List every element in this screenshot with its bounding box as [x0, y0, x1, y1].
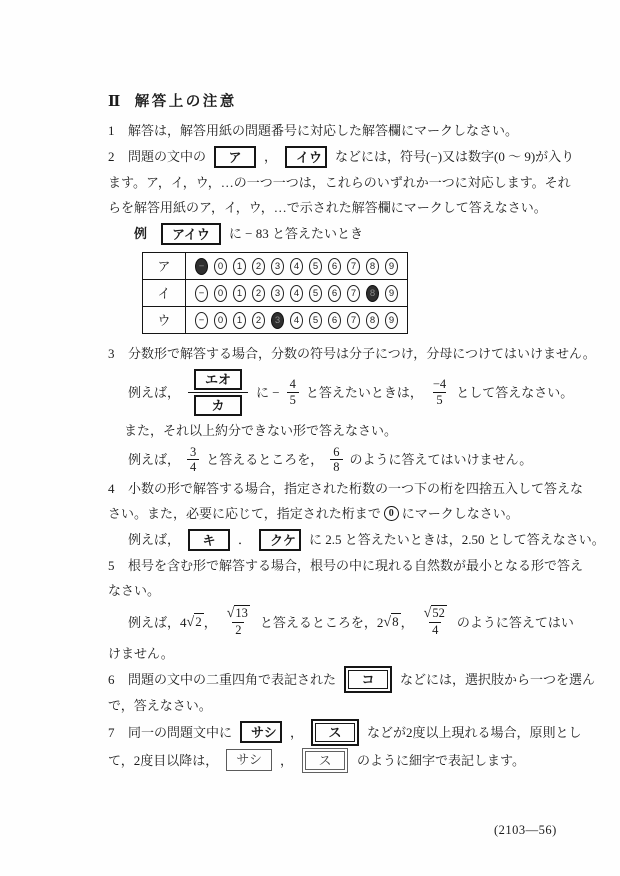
- item-3-number: 3: [108, 341, 128, 366]
- mark-bubble: 2: [252, 258, 265, 275]
- section-title-text: 解答上の注意: [135, 90, 237, 115]
- decimal-point: ．: [238, 527, 251, 552]
- radicand: 52: [431, 605, 447, 620]
- mark-bubble: 4: [290, 285, 303, 302]
- mark-table-row: ウ−0123456789: [143, 306, 407, 333]
- mark-bubble: 5: [309, 285, 322, 302]
- item-7-line-2-pre: て，2度目以降は，: [108, 748, 218, 773]
- radical-sign: √: [383, 615, 391, 630]
- fraction-6-8: 6 8: [330, 445, 342, 475]
- mark-bubble: 8: [366, 258, 379, 275]
- radicand: 2: [194, 613, 204, 629]
- item-4-number: 4: [108, 476, 128, 501]
- item-6-text-post: などには，選択肢から一つを選ん: [400, 667, 595, 692]
- item-3-ex2-pre: 例えば，: [128, 447, 180, 472]
- mark-bubble: 2: [252, 285, 265, 302]
- mark-bubble: 0: [214, 285, 227, 302]
- mark-bubble-filled: 3: [271, 312, 284, 329]
- item-4-line-2-pre: さい。また，必要に応じて，指定された桁まで: [108, 501, 381, 526]
- item-6-number: 6: [108, 667, 128, 692]
- item-4-text: 小数の形で解答する場合，指定された桁数の一つ下の桁を四捨五入して答えな: [128, 476, 583, 501]
- answer-box-sashi-thin: サシ: [226, 749, 272, 771]
- item-7-comma-2: ，: [280, 748, 293, 773]
- item-5-line-4-text: けません。: [108, 641, 174, 666]
- answer-box-iu: イウ: [285, 146, 327, 168]
- mark-bubble: 5: [309, 312, 322, 329]
- mark-bubble-filled: −: [195, 258, 208, 275]
- item-3-example-2: 例えば， 3 4 と答えるところを， 6 8 のように答えてはいけません。: [128, 443, 570, 476]
- item-5-text: 根号を含む形で解答する場合，根号の中に現れる自然数が最小となる形で答え: [128, 553, 583, 578]
- item-6-line-2-text: で，答えなさい。: [108, 693, 212, 718]
- mark-bubble-strip: −0123456789: [186, 280, 407, 306]
- item-2-number: 2: [108, 144, 128, 169]
- answer-box-eo: エオ: [194, 369, 242, 390]
- item-5-example: 例えば，4 √2 ， √13 2 と答えるところを，2 √8 ， √52 4 の…: [128, 603, 570, 641]
- item-5-ex-mid: と答えるところを，2: [260, 610, 384, 635]
- item-2-text-pre: 問題の文中の: [128, 144, 206, 169]
- mark-bubble-strip: −0123456789: [186, 253, 407, 279]
- item-7-text-post: などが2度以上現れる場合，原則とし: [367, 720, 582, 745]
- answer-box-aiu: アイウ: [161, 223, 221, 245]
- item-1-number: 1: [108, 118, 128, 143]
- item-1-text: 解答は，解答用紙の問題番号に対応した解答欄にマークしなさい。: [128, 118, 518, 143]
- mark-bubble: 3: [271, 258, 284, 275]
- fraction-4-5: 4 5: [287, 377, 299, 407]
- mark-bubble: 1: [233, 312, 246, 329]
- fraction-denominator: 5: [287, 392, 299, 407]
- mark-bubble: 7: [347, 285, 360, 302]
- mark-bubble: 6: [328, 258, 341, 275]
- mark-bubble-strip: −0123456789: [186, 307, 407, 333]
- fraction-numerator: −4: [430, 377, 449, 391]
- mark-row-label: ウ: [143, 307, 186, 333]
- item-7-line-2-post: のように細字で表記します。: [357, 748, 525, 773]
- mark-table-row: イ−0123456789: [143, 279, 407, 306]
- example-label: 例: [134, 221, 147, 246]
- item-5-ex-pre: 例えば，4: [128, 610, 187, 635]
- mark-bubble: 8: [366, 312, 379, 329]
- item-4-line-1: 4 小数の形で解答する場合，指定された桁数の一つ下の桁を四捨五入して答えな: [108, 476, 570, 501]
- item-5-line-4: けません。: [108, 641, 570, 666]
- item-5-line-2: なさい。: [108, 578, 570, 603]
- item-4-example: 例えば， キ ． クケ に 2.5 と答えたいときは，2.50 として答えなさい…: [128, 526, 570, 553]
- sqrt-8: √8: [383, 609, 400, 635]
- item-5-comma-1: ，: [204, 610, 217, 635]
- form-code: (2103—56): [494, 818, 557, 843]
- mark-bubble: 1: [233, 258, 246, 275]
- item-4-ex-post: に 2.5 と答えたいときは，2.50 として答えなさい。: [309, 527, 605, 552]
- item-3-line-1: 3 分数形で解答する場合，分数の符号は分子につけ，分母につけてはいけません。: [108, 341, 570, 366]
- mark-bubble: −: [195, 312, 208, 329]
- item-2-line-2-text: ます。ア，イ，ウ，…の一つ一つは，これらのいずれか一つに対応します。それ: [108, 170, 571, 195]
- item-3-example-1: 例えば， エオ カ に − 4 5 と答えたいときは， −4 5 として答えなさ…: [128, 366, 570, 418]
- fraction-neg4-5: −4 5: [430, 377, 449, 407]
- mark-bubble: 9: [385, 258, 398, 275]
- section-number: Ⅱ: [108, 90, 123, 115]
- item-7-line-1: 7 同一の問題文中に サシ ， ス などが2度以上現れる場合，原則とし: [108, 718, 570, 746]
- item-7-text-pre: 同一の問題文中に: [128, 720, 232, 745]
- fraction-numerator: √52: [421, 606, 450, 622]
- fraction-numerator: 3: [187, 445, 199, 459]
- item-3-text: 分数形で解答する場合，分数の符号は分子につけ，分母につけてはいけません。: [128, 341, 596, 366]
- item-6-line-1: 6 問題の文中の二重四角で表記された コ などには，選択肢から一つを選ん: [108, 666, 570, 693]
- mark-bubble: 7: [347, 312, 360, 329]
- item-7-line-2: て，2度目以降は， サシ ， ス のように細字で表記します。: [108, 746, 570, 774]
- item-3-ex1-mid1: に −: [256, 380, 280, 405]
- mark-bubble: 6: [328, 312, 341, 329]
- radicand: 8: [391, 613, 401, 629]
- item-3-line-2: また，それ以上約分できない形で答えなさい。: [124, 418, 570, 443]
- item-7-comma-1: ，: [290, 720, 303, 745]
- item-3-ex2-mid: と答えるところを，: [206, 447, 323, 472]
- fraction-numerator: 6: [330, 445, 342, 459]
- section-title: Ⅱ 解答上の注意: [108, 88, 570, 116]
- item-5-number: 5: [108, 553, 128, 578]
- item-2-line-1: 2 問題の文中の ア ， イウ などには，符号(−)又は数字(0 〜 9)が入り: [108, 143, 570, 170]
- answer-box-a: ア: [214, 146, 256, 168]
- fraction-denominator: 5: [433, 392, 445, 407]
- mark-bubble: 1: [233, 285, 246, 302]
- answer-box-ki: キ: [188, 529, 230, 551]
- item-3-ex1-post: として答えなさい。: [456, 380, 573, 405]
- item-2-line-2: ます。ア，イ，ウ，…の一つ一つは，これらのいずれか一つに対応します。それ: [108, 170, 570, 195]
- item-2-line-3: らを解答用紙のア，イ，ウ，…で示された解答欄にマークして答えなさい。: [108, 195, 570, 220]
- answer-box-kuke: クケ: [259, 529, 301, 551]
- item-5-line-2-text: なさい。: [108, 578, 160, 603]
- answer-box-sashi-bold: サシ: [240, 721, 282, 743]
- radicand: 13: [234, 605, 250, 620]
- mark-bubble: 6: [328, 285, 341, 302]
- mark-bubble: 4: [290, 258, 303, 275]
- fraction-denominator: 8: [330, 459, 342, 474]
- item-3-ex1-pre: 例えば，: [128, 380, 180, 405]
- fraction-3-4: 3 4: [187, 445, 199, 475]
- mark-bubble: 9: [385, 285, 398, 302]
- answer-fraction-box: エオ カ: [188, 369, 248, 416]
- item-2-example-text: に − 83 と答えたいとき: [229, 221, 363, 246]
- mark-row-label: ア: [143, 253, 186, 279]
- item-5-comma-2: ，: [401, 610, 414, 635]
- mark-bubble: 0: [214, 312, 227, 329]
- fraction-denominator: 2: [232, 622, 244, 637]
- item-2-comma: ，: [264, 144, 277, 169]
- fraction-numerator: √13: [224, 606, 253, 622]
- fraction-bar: [188, 392, 248, 393]
- item-3-line-2-text: また，それ以上約分できない形で答えなさい。: [124, 418, 397, 443]
- item-4-ex-pre: 例えば，: [128, 527, 180, 552]
- item-6-line-2: で，答えなさい。: [108, 693, 570, 718]
- double-answer-box-ko: コ: [348, 670, 388, 689]
- item-4-line-2-post: にマークしなさい。: [402, 501, 519, 526]
- item-5-line-1: 5 根号を含む形で解答する場合，根号の中に現れる自然数が最小となる形で答え: [108, 553, 570, 578]
- exam-instruction-page: Ⅱ 解答上の注意 1 解答は，解答用紙の問題番号に対応した解答欄にマークしなさい…: [0, 0, 620, 876]
- item-3-ex1-mid2: と答えたいときは，: [306, 380, 423, 405]
- double-answer-box-su-thin: ス: [305, 751, 345, 770]
- fraction-denominator: 4: [187, 459, 199, 474]
- mark-bubble: 0: [214, 258, 227, 275]
- item-7-number: 7: [108, 720, 128, 745]
- fraction-sqrt52-4: √52 4: [421, 606, 450, 637]
- mark-bubble-filled: 8: [366, 285, 379, 302]
- mark-bubble: −: [195, 285, 208, 302]
- circled-zero-mark: 0: [384, 506, 399, 521]
- mark-table-row: ア−0123456789: [143, 253, 407, 279]
- sqrt-2: √2: [187, 609, 204, 635]
- mark-bubble: 7: [347, 258, 360, 275]
- mark-bubble: 2: [252, 312, 265, 329]
- item-2-line-3-text: らを解答用紙のア，イ，ウ，…で示された解答欄にマークして答えなさい。: [108, 195, 547, 220]
- mark-bubble: 9: [385, 312, 398, 329]
- double-answer-box-su-bold: ス: [315, 723, 355, 742]
- fraction-sqrt13-2: √13 2: [224, 606, 253, 637]
- fraction-denominator: 4: [429, 622, 441, 637]
- item-2-text-post: などには，符号(−)又は数字(0 〜 9)が入り: [335, 144, 574, 169]
- mark-bubble: 4: [290, 312, 303, 329]
- mark-row-label: イ: [143, 280, 186, 306]
- mark-table: ア−0123456789イ−0123456789ウ−0123456789: [142, 252, 408, 334]
- item-6-text-pre: 問題の文中の二重四角で表記された: [128, 667, 336, 692]
- mark-bubble: 3: [271, 285, 284, 302]
- item-5-ex-post: のように答えてはい: [457, 610, 574, 635]
- fraction-numerator: 4: [287, 377, 299, 391]
- answer-box-ka: カ: [194, 395, 242, 416]
- item-1-line-1: 1 解答は，解答用紙の問題番号に対応した解答欄にマークしなさい。: [108, 118, 570, 143]
- item-2-example-line: 例 アイウ に − 83 と答えたいとき: [134, 220, 570, 247]
- item-4-line-2: さい。また，必要に応じて，指定された桁まで 0 にマークしなさい。: [108, 501, 570, 526]
- mark-bubble: 5: [309, 258, 322, 275]
- item-3-ex2-post: のように答えてはいけません。: [350, 447, 533, 472]
